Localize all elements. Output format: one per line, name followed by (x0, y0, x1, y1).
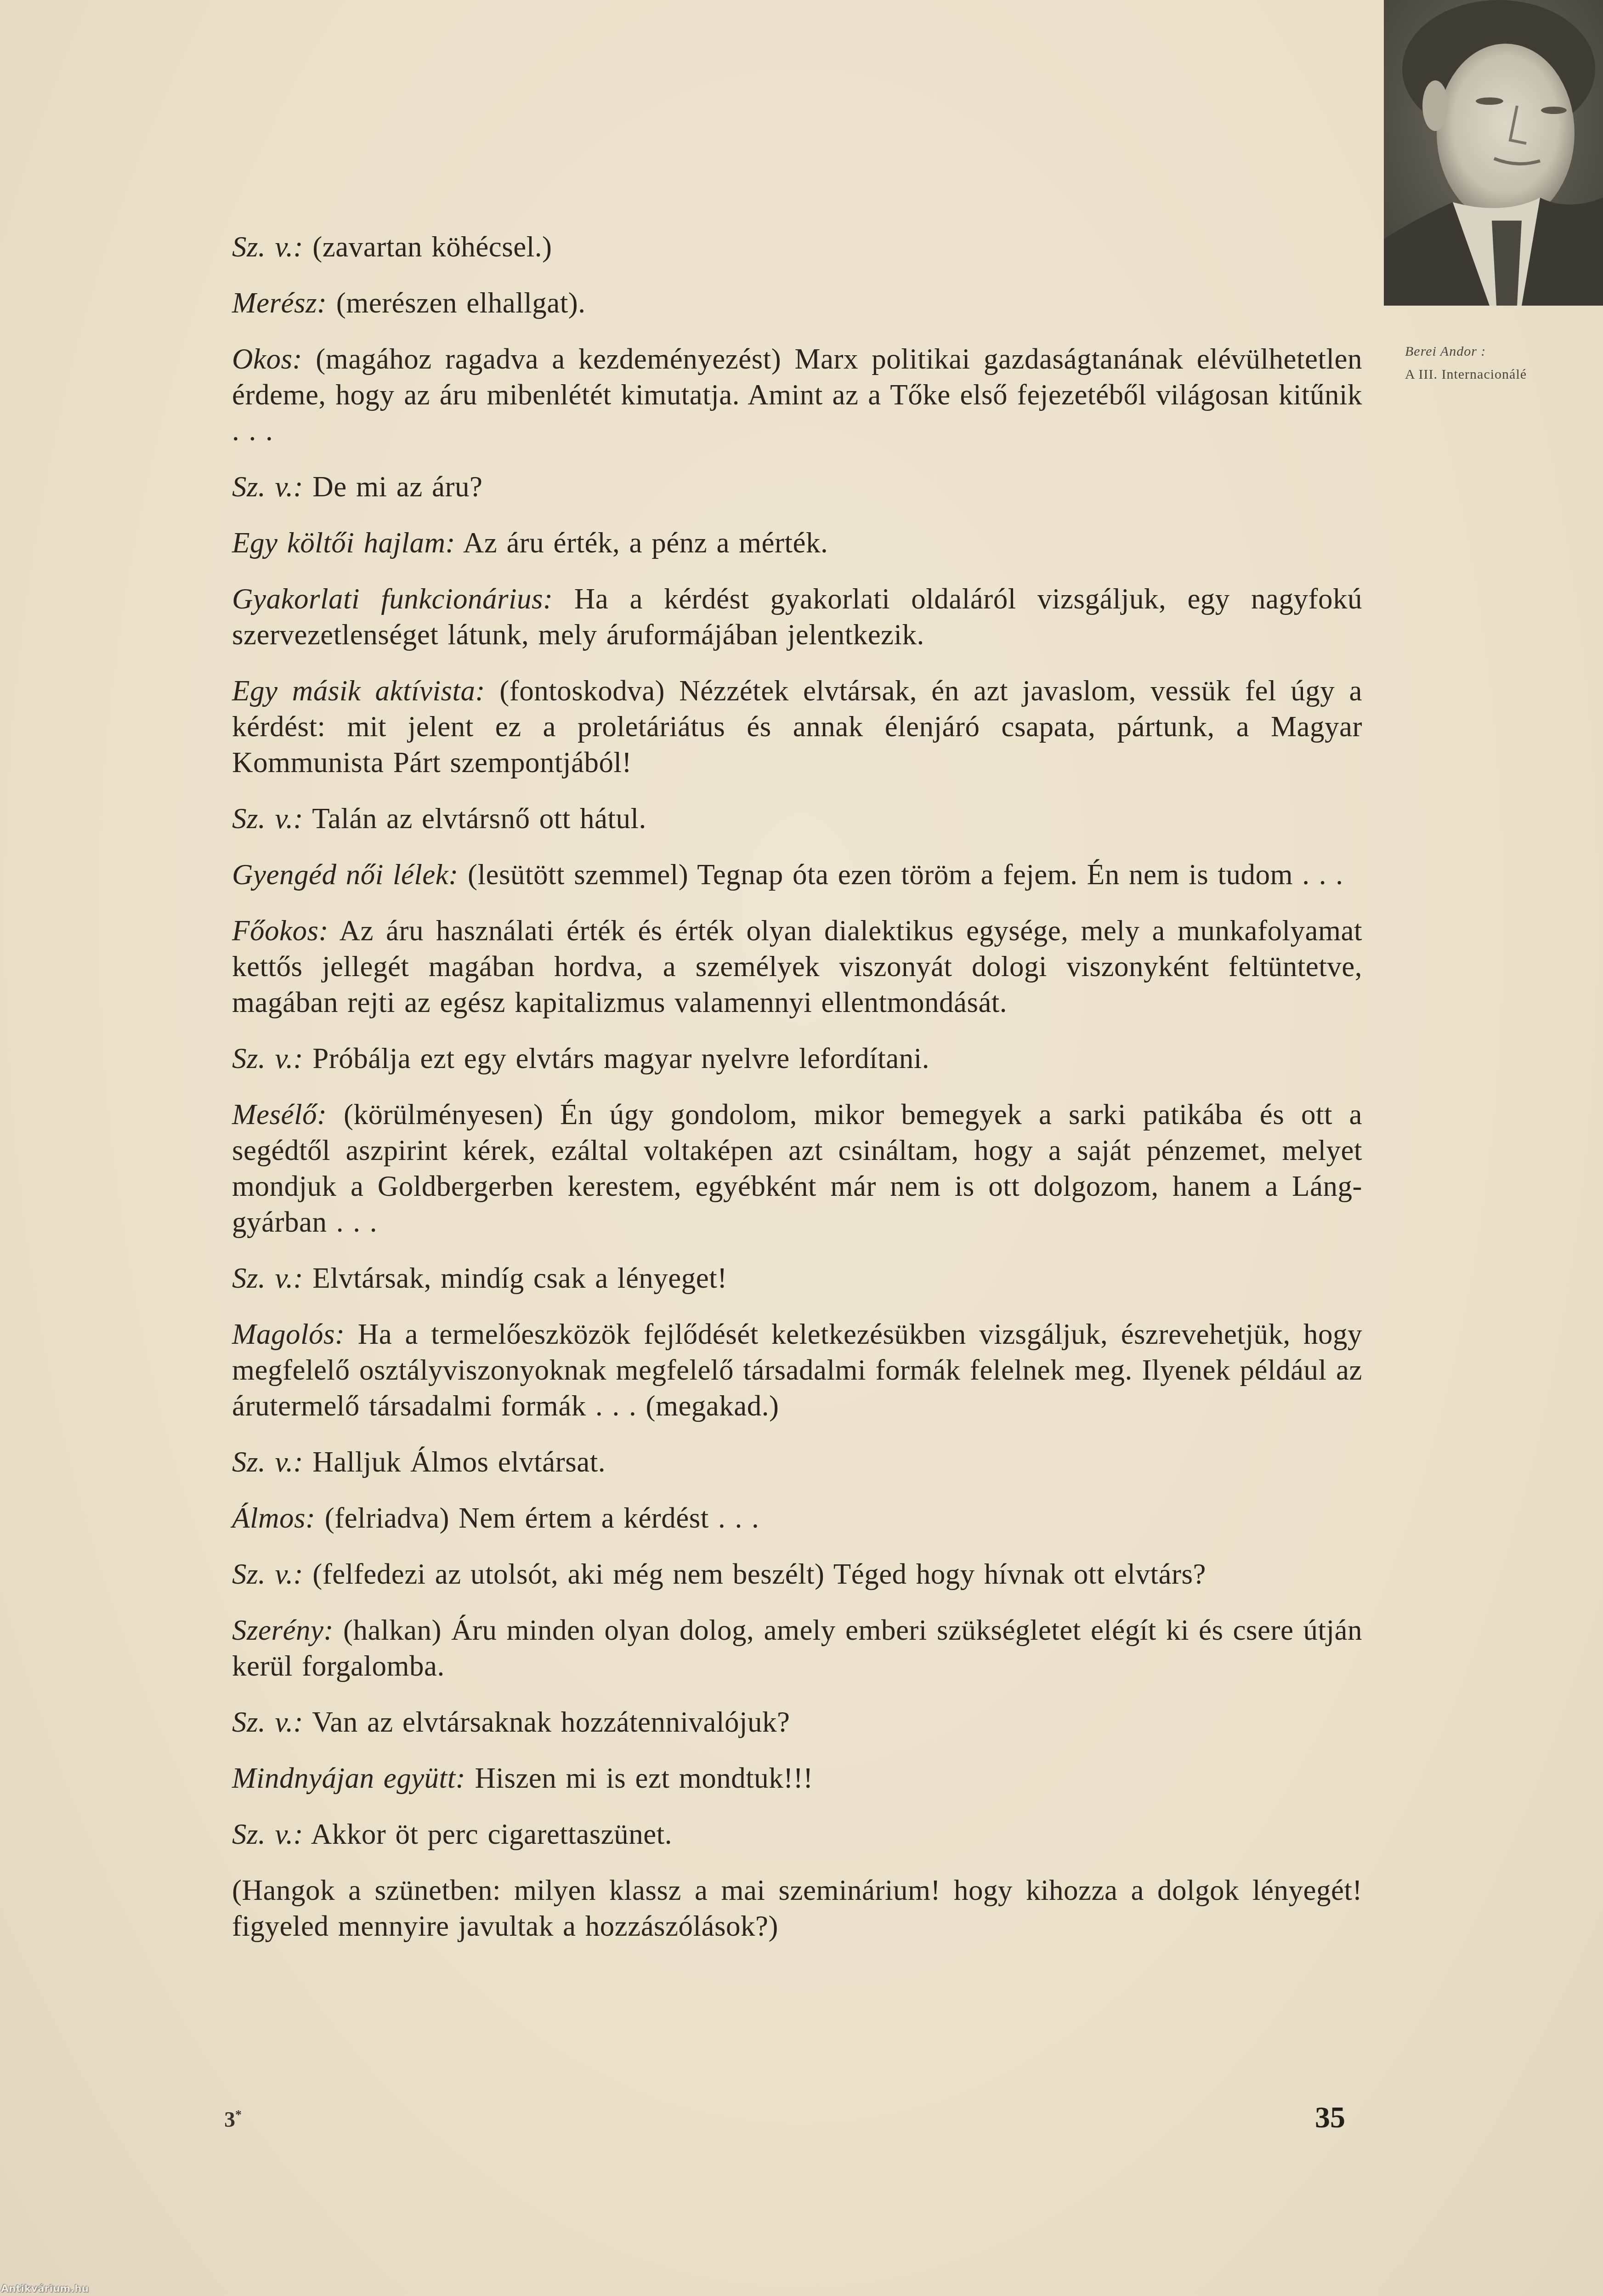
dialogue-body: Sz. v.: (zavartan köhécsel.) Merész: (me… (232, 229, 1362, 1964)
signature-star: * (235, 2108, 242, 2122)
speaker-name: Sz. v.: (232, 471, 303, 503)
dialogue-line: Okos: (magához ragadva a kezdeményezést)… (232, 341, 1362, 449)
line-text: (körülményesen) Én úgy gondolom, mikor b… (232, 1098, 1362, 1238)
dialogue-line: Sz. v.: Próbálja ezt egy elvtárs magyar … (232, 1040, 1362, 1076)
dialogue-line: Sz. v.: (zavartan köhécsel.) (232, 229, 1362, 265)
dialogue-line: Mindnyájan együtt: Hiszen mi is ezt mond… (232, 1760, 1362, 1796)
speaker-name: Mindnyájan együtt: (232, 1762, 465, 1794)
line-text: Az áru érték, a pénz a mérték. (455, 527, 828, 559)
line-text: Talán az elvtársnő ott hátul. (303, 802, 646, 835)
watermark: Antikvárium.hu (1, 2283, 89, 2295)
caption-author: Berei Andor : (1405, 340, 1598, 363)
line-text: Van az elvtársaknak hozzátennivalójuk? (303, 1706, 790, 1738)
speaker-name: Sz. v.: (232, 1706, 303, 1738)
speaker-name: Merész: (232, 287, 327, 319)
speaker-name: Sz. v.: (232, 1446, 303, 1478)
speaker-name: Egy költői hajlam: (232, 527, 455, 559)
line-text: Halljuk Álmos elvtársat. (303, 1446, 606, 1478)
page-number: 35 (1315, 2100, 1345, 2135)
speaker-name: Álmos: (232, 1502, 315, 1534)
signature-number: 3 (224, 2108, 235, 2132)
dialogue-line: Sz. v.: (felfedezi az utolsót, aki még n… (232, 1556, 1362, 1592)
speaker-name: Szerény: (232, 1614, 334, 1646)
dialogue-line: Gyakorlati funkcionárius: Ha a kérdést g… (232, 581, 1362, 653)
speaker-name: Főokos: (232, 915, 329, 947)
speaker-name: Sz. v.: (232, 1558, 303, 1590)
dialogue-line: Szerény: (halkan) Áru minden olyan dolog… (232, 1612, 1362, 1684)
speaker-name: Sz. v.: (232, 1042, 303, 1074)
stage-direction: (Hangok a szünetben: milyen klassz a mai… (232, 1872, 1362, 1944)
speaker-name: Gyengéd női lélek: (232, 858, 459, 891)
dialogue-line: Sz. v.: Akkor öt perc cigarettaszünet. (232, 1816, 1362, 1852)
speaker-name: Gyakorlati funkcionárius: (232, 583, 553, 615)
line-text: Akkor öt perc cigarettaszünet. (303, 1818, 672, 1850)
dialogue-line: Sz. v.: Elvtársak, mindíg csak a lényege… (232, 1260, 1362, 1296)
speaker-name: Sz. v.: (232, 1818, 303, 1850)
line-text: (merészen elhallgat). (327, 287, 585, 319)
speaker-name: Sz. v.: (232, 1262, 303, 1294)
line-text: (felriadva) Nem értem a kérdést . . . (315, 1502, 759, 1534)
dialogue-line: Sz. v.: Talán az elvtársnő ott hátul. (232, 801, 1362, 836)
portrait-image (1384, 0, 1603, 306)
dialogue-line: Egy költői hajlam: Az áru érték, a pénz … (232, 525, 1362, 561)
dialogue-line: Gyengéd női lélek: (lesütött szemmel) Te… (232, 857, 1362, 892)
line-text: Elvtársak, mindíg csak a lényeget! (303, 1262, 727, 1294)
dialogue-line: Sz. v.: De mi az áru? (232, 469, 1362, 505)
speaker-name: Sz. v.: (232, 802, 303, 835)
caption-work-title: A III. Internacionálé (1405, 363, 1598, 386)
portrait-photo (1384, 0, 1603, 306)
line-text: (Hangok a szünetben: milyen klassz a mai… (232, 1874, 1362, 1942)
speaker-name: Okos: (232, 343, 302, 375)
line-text: De mi az áru? (303, 471, 482, 503)
dialogue-line: Sz. v.: Van az elvtársaknak hozzátenniva… (232, 1704, 1362, 1740)
dialogue-line: Főokos: Az áru használati érték és érték… (232, 913, 1362, 1020)
signature-mark: 3* (224, 2107, 242, 2132)
line-text: (halkan) Áru minden olyan dolog, amely e… (232, 1614, 1362, 1682)
dialogue-line: Mesélő: (körülményesen) Én úgy gondolom,… (232, 1097, 1362, 1240)
line-text: (magához ragadva a kezdeményezést) Marx … (232, 343, 1362, 447)
speaker-name: Egy másik aktívista: (232, 675, 485, 707)
dialogue-line: Merész: (merészen elhallgat). (232, 285, 1362, 321)
line-text: Hiszen mi is ezt mondtuk!!! (465, 1762, 813, 1794)
speaker-name: Mesélő: (232, 1098, 327, 1131)
speaker-name: Sz. v.: (232, 231, 303, 263)
line-text: (zavartan köhécsel.) (303, 231, 552, 263)
line-text: (felfedezi az utolsót, aki még nem beszé… (303, 1558, 1206, 1590)
dialogue-line: Sz. v.: Halljuk Álmos elvtársat. (232, 1444, 1362, 1480)
line-text: Ha a termelőeszközök fejlődését keletkez… (232, 1318, 1362, 1422)
dialogue-line: Álmos: (felriadva) Nem értem a kérdést .… (232, 1500, 1362, 1536)
line-text: Az áru használati érték és érték olyan d… (232, 915, 1362, 1018)
speaker-name: Magolós: (232, 1318, 345, 1350)
photo-caption: Berei Andor : A III. Internacionálé (1405, 340, 1598, 386)
line-text: (lesütött szemmel) Tegnap óta ezen töröm… (459, 858, 1343, 891)
dialogue-line: Egy másik aktívista: (fontoskodva) Nézzé… (232, 673, 1362, 780)
dialogue-line: Magolós: Ha a termelőeszközök fejlődését… (232, 1316, 1362, 1424)
line-text: Próbálja ezt egy elvtárs magyar nyelvre … (303, 1042, 929, 1074)
